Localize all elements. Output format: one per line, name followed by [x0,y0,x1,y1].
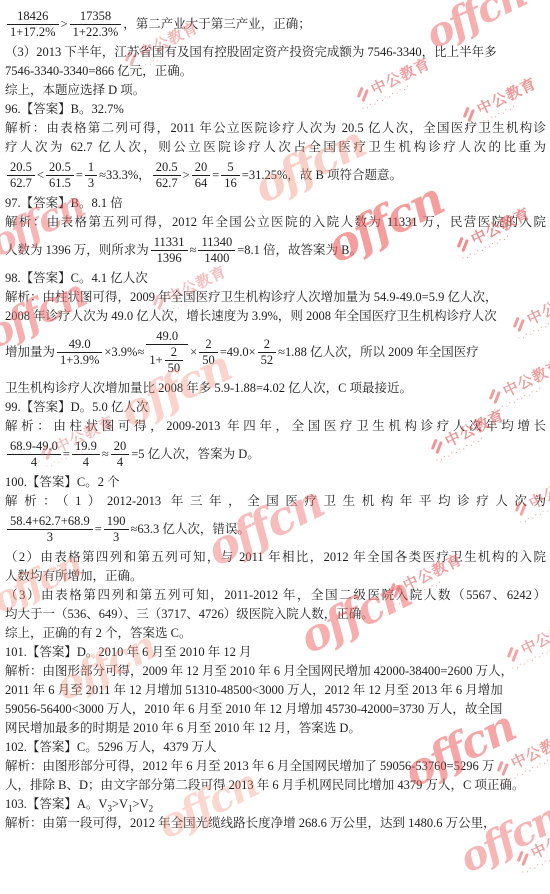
text-run: （3）2013 下半年，江苏省国有及国有控股固定资产投资完成额为 7546-33… [5,45,497,59]
fraction: 250 [165,345,184,376]
text-run: ≈ [190,241,197,260]
text-run: 1+22.3% [73,25,119,40]
text-run: > [61,15,68,34]
formula-line: 增加量为49.01+3.9%×3.9%≈49.01+250×250=49.0×2… [5,326,546,379]
text-line: 解析：由柱状图可得，2009 年全国医疗卫生机构诊疗人次增加量为 54.9-49… [5,288,546,307]
text-line: 101.【答案】D。2010 年 6 月至 2010 年 12 月 [5,643,546,662]
text-line: 96.【答案】B。32.7% [5,100,546,119]
text-run: 59056-56400<3000 万人，2010 年 6 月至 2010 年 1… [5,702,502,716]
formula-line: 184261+17.2%>173581+22.3%，第二产业大于第三产业，正确； [5,6,546,43]
text-line: 均大于一（536、649）、三（3717、4726）级医院入院人数，正确。 [5,605,546,624]
text-run: 20.5 [10,160,32,175]
text-run: 62.7 [10,176,32,191]
text-run: 61.5 [49,176,71,191]
text-run: 49.0 [156,329,178,344]
text-run: =5 亿人次，答案为 D。 [131,445,260,464]
text-run: = [95,520,102,539]
text-line: 网民增加最多的时期是 2010 年 6 月至 2010 年 12 月，答案选 D… [5,719,546,738]
fraction: 1903 [104,514,129,545]
text-run: 58.4+62.7+68.9 [10,514,90,529]
text-run: 人，排除 B、D；由文字部分第二段可得 2013 年 6 月手机网民同比增加 4… [5,778,524,792]
text-run: 2008 年诊疗人次为 49.0 亿人次，增长速度为 3.9%，则 2008 年… [5,309,497,323]
text-run: >V [112,797,128,811]
text-line: 98.【答案】C。4.1 亿人次 [5,269,546,288]
text-run: 50 [168,361,181,376]
text-line: 解析：由柱状图可得，2009-2013 年四年，全国医疗卫生机构诊疗人次年均增长 [5,417,546,436]
text-run: 62.7 [156,176,178,191]
text-line: 100.【答案】C。2 个 [5,473,546,492]
text-run: × [190,343,197,362]
text-run: 增加量为 [5,343,55,362]
text-run: 50 [202,353,215,368]
text-run: = [63,445,70,464]
text-run: 20 [195,160,208,175]
text-run: 4 [31,455,37,470]
text-line: 解析：（1）2012-2013 年三年，全国医疗卫生机构年平均诊疗人次为 [5,492,546,511]
subscript: 2 [149,804,154,814]
text-run: 解析：由第一段可得，2012 年全国光缆线路长度净增 268.6 万公里，达到 … [5,816,496,830]
text-run: 2 [171,345,177,360]
text-line: 人，排除 B、D；由文字部分第二段可得 2013 年 6 月手机网民同比增加 4… [5,776,546,795]
text-run: 3 [47,530,53,545]
fraction: 19.94 [72,439,100,470]
text-line: 102.【答案】C。5296 万人，4379 万人 [5,738,546,757]
text-line: 解析：由表格第二列可得，2011 年公立医院诊疗人次为 20.5 亿人次，全国医… [5,119,546,138]
text-line: 解析：由图形部分可得，2012 年 6 月至 2013 年 6 月全国网民增加了… [5,757,546,776]
text-run: 1 [88,160,94,175]
text-run: ×3.9%≈ [104,343,144,362]
text-run: 解析：由柱状图可得，2009 年全国医疗卫生机构诊疗人次增加量为 54.9-49… [5,290,497,304]
fraction: 252 [258,337,277,368]
fraction: 58.4+62.7+68.93 [7,514,93,545]
text-run: 7546-3340-3340=866 亿元，正确。 [5,64,192,78]
text-run: = [212,166,219,185]
text-run: 49.0 [69,337,91,352]
text-run: 解析：由图形部分可得，2009 年 12 月至 2010 年 6 月全国网民增加… [5,664,513,678]
fraction: 250 [199,337,218,368]
text-run: 解析：由表格第二列可得，2011 年公立医院诊疗人次为 20.5 亿人次，全国医… [5,121,546,135]
text-run: 18426 [17,9,48,24]
text-run: ≈63.3 亿人次，错误。 [131,520,250,539]
text-line: 解析：由表格第五列可得，2012 年全国公立医院的入院人数为 11331 万，民… [5,213,546,232]
text-run: < [37,166,44,185]
text-run: 96.【答案】B。32.7% [5,102,124,116]
text-run: 1+ [149,353,162,368]
text-run: 99.【答案】D。5.0 亿人次 [5,400,148,414]
text-line: 卫生机构诊疗人次增加量比 2008 年多 5.9-1.88=4.02 亿人次，C… [5,379,546,398]
watermark-tagline: ·.·.·.·.·.·.· [521,834,550,876]
formula-line: 20.562.7<20.561.5=13≈33.3%，20.562.7>2064… [5,157,546,194]
text-run: 2 [264,337,270,352]
text-run: 解析：（1）2012-2013 年三年，全国医疗卫生机构年平均诊疗人次为 [5,494,546,508]
fraction: 20.561.5 [46,160,74,191]
text-run: 综上，本题应选择 D 项。 [5,83,145,97]
text-run: 102.【答案】C。5296 万人，4379 万人 [5,740,216,754]
fraction: 20.562.7 [7,160,35,191]
text-run: 20 [114,439,127,454]
text-run: 100.【答案】C。2 个 [5,475,120,489]
text-run: 网民增加最多的时期是 2010 年 6 月至 2010 年 12 月，答案选 D… [5,721,361,735]
text-run: 19.9 [75,439,97,454]
text-run: 11331 [154,235,185,250]
text-run: 64 [195,176,208,191]
fraction: 113311396 [151,235,188,266]
text-line: （3）2013 下半年，江苏省国有及国有控股固定资产投资完成额为 7546-33… [5,43,546,62]
swoosh-logo-icon [514,849,533,867]
text-run: ，第二产业大于第三产业，正确； [123,15,311,34]
text-run: 20.5 [49,160,71,175]
fraction: 2064 [192,160,211,191]
text-line: 99.【答案】D。5.0 亿人次 [5,398,546,417]
text-run: 2011 年 6 月至 2011 年 12 月增加 51310-48500<30… [5,683,503,697]
text-run: 解析：由图形部分可得，2012 年 6 月至 2013 年 6 月全国网民增加了… [5,759,494,773]
text-line: （3）由表格第四列和第五列可知，2011-2012 年，全国二级医院入院人数（5… [5,586,546,605]
text-line: 综上，正确的有 2 个，答案选 C。 [5,624,546,643]
formula-line: 58.4+62.7+68.93=1903≈63.3 亿人次，错误。 [5,511,546,548]
text-run: = [76,166,83,185]
text-run: =49.0× [220,343,256,362]
text-run: ≈ [102,445,109,464]
text-run: 均大于一（536、649）、三（3717、4726）级医院入院人数，正确。 [5,607,374,621]
text-line: 2008 年诊疗人次为 49.0 亿人次，增长速度为 3.9%，则 2008 年… [5,307,546,326]
text-run: 2 [205,337,211,352]
text-line: 2011 年 6 月至 2011 年 12 月增加 51310-48500<30… [5,681,546,700]
text-line: 解析：由图形部分可得，2009 年 12 月至 2010 年 6 月全国网民增加… [5,662,546,681]
text-run: 3 [88,176,94,191]
text-run: 5 [227,160,233,175]
text-line: （2）由表格第四列和第五列可知，与 2011 年相比，2012 年全国各类医疗卫… [5,548,546,567]
text-run: 4 [83,455,89,470]
text-run: 20.5 [156,160,178,175]
text-run: 190 [107,514,126,529]
text-run: 98.【答案】C。4.1 亿人次 [5,271,148,285]
fraction: 68.9-49.04 [7,439,61,470]
fraction: 49.01+250 [146,329,188,376]
answer-key-document: 184261+17.2%>173581+22.3%，第二产业大于第三产业，正确；… [0,0,550,833]
text-run: （2）由表格第四列和第五列可知，与 2011 年相比，2012 年全国各类医疗卫… [5,550,546,564]
text-run: 68.9-49.0 [10,439,58,454]
text-run: > [183,166,190,185]
text-line: 59056-56400<3000 万人，2010 年 6 月至 2010 年 1… [5,700,546,719]
text-run: 101.【答案】D。2010 年 6 月至 2010 年 12 月 [5,645,252,659]
text-run: 人数均有所增加，正确。 [5,569,143,583]
text-run: 3 [113,530,119,545]
fraction: 184261+17.2% [7,9,59,40]
fraction: 13 [85,160,97,191]
text-run: 52 [261,353,274,368]
text-run: 人数为 1396 万，则所求为 [5,241,149,260]
text-line: 人数均有所增加，正确。 [5,567,546,586]
text-run: 疗人次为 62.7 亿人次，则公立医院诊疗人次占全国医疗卫生机构诊疗人次的比重为 [5,140,546,154]
text-run: 解析：由柱状图可得，2009-2013 年四年，全国医疗卫生机构诊疗人次年均增长 [5,419,546,433]
text-line: 97.【答案】B。8.1 倍 [5,194,546,213]
text-line: 疗人次为 62.7 亿人次，则公立医院诊疗人次占全国医疗卫生机构诊疗人次的比重为 [5,138,546,157]
text-run: 1+17.2% [10,25,56,40]
text-line: 解析：由第一段可得，2012 年全国光缆线路长度净增 268.6 万公里，达到 … [5,814,546,833]
text-run: 4 [117,455,123,470]
text-run: 11340 [201,235,232,250]
text-run: ≈1.88 亿人次，所以 2009 年全国医疗 [278,343,479,362]
text-run: >V [133,797,149,811]
formula-line: 68.9-49.04=19.94≈204=5 亿人次，答案为 D。 [5,436,546,473]
text-run: （3）由表格第四列和第五列可知，2011-2012 年，全国二级医院入院人数（5… [5,588,546,602]
text-run: 卫生机构诊疗人次增加量比 2008 年多 5.9-1.88=4.02 亿人次，C… [5,381,412,395]
text-line: 7546-3340-3340=866 亿元，正确。 [5,62,546,81]
text-run: 1396 [157,251,182,266]
formula-line: 人数为 1396 万，则所求为113311396≈113401400=8.1 倍… [5,232,546,269]
fraction: 173581+22.3% [70,9,122,40]
fraction: 516 [221,160,240,191]
fraction: 113401400 [198,235,235,266]
fraction: 204 [111,439,130,470]
text-run: =8.1 倍，故答案为 B。 [237,241,362,260]
text-run: 103.【答案】A。V [5,797,107,811]
text-run: 解析：由表格第五列可得，2012 年全国公立医院的入院人数为 11331 万，民… [5,215,546,229]
text-run: =31.25%，故 B 项符合题意。 [242,166,402,185]
text-run: 97.【答案】B。8.1 倍 [5,196,123,210]
text-run: 17358 [80,9,111,24]
fraction: 49.01+3.9% [57,337,102,368]
text-run: ≈33.3%， [99,166,151,185]
text-run: 1+3.9% [60,353,99,368]
text-line: 综上，本题应选择 D 项。 [5,81,546,100]
text-run: 16 [224,176,237,191]
text-line: 103.【答案】A。V3>V1>V2 [5,795,546,814]
fraction: 20.562.7 [153,160,181,191]
text-run: 综上，正确的有 2 个，答案选 C。 [5,626,191,640]
text-run: 1400 [204,251,229,266]
